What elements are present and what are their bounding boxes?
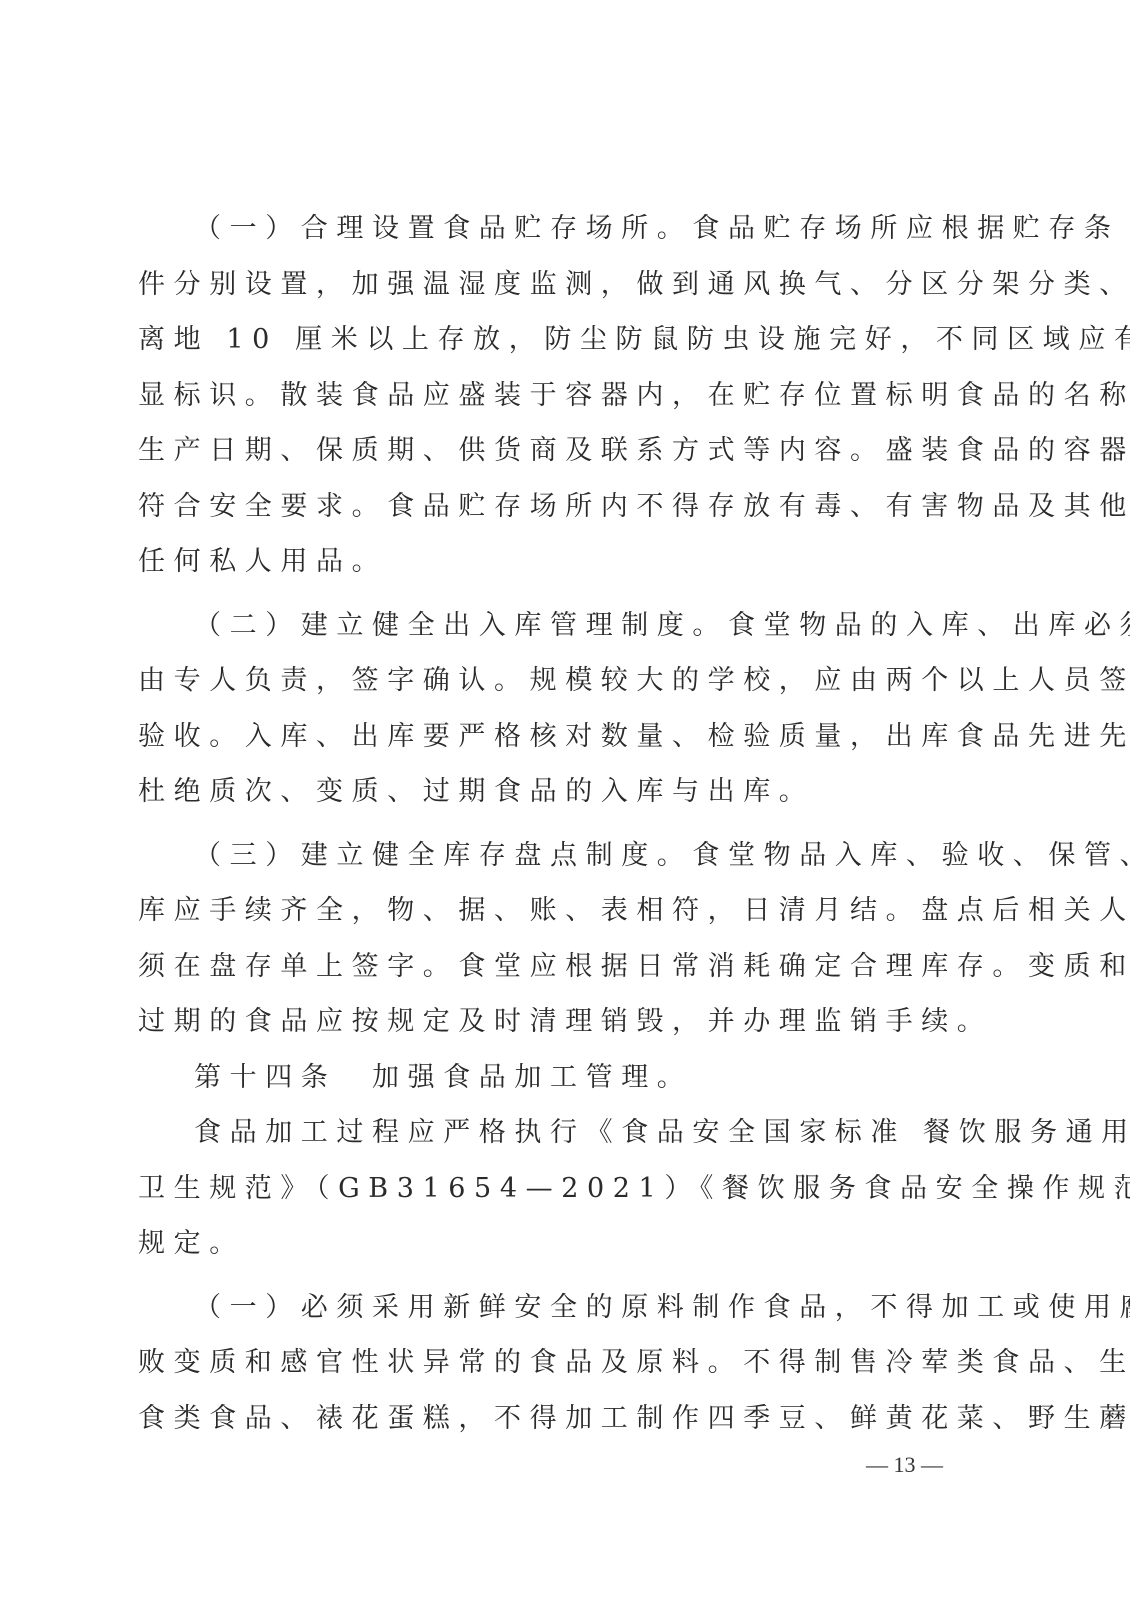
document-page: （一）合理设置食品贮存场所。食品贮存场所应根据贮存条 件分别设置，加强温湿度监测… [138, 201, 974, 1446]
paragraph-fresh-ingredients: （一）必须采用新鲜安全的原料制作食品，不得加工或使用腐 败变质和感官性状异常的食… [138, 1280, 974, 1447]
text-line: 规定。 [138, 1216, 974, 1272]
article-title: 第十四条 加强食品加工管理。 [138, 1050, 974, 1106]
text-line: 符合安全要求。食品贮存场所内不得存放有毒、有害物品及其他 [138, 479, 974, 535]
text-line: 杜绝质次、变质、过期食品的入库与出库。 [138, 764, 974, 820]
paragraph-processing-standards: 食品加工过程应严格执行《食品安全国家标准 餐饮服务通用 卫生规范》（GB3165… [138, 1105, 974, 1272]
text-line: 食类食品、裱花蛋糕，不得加工制作四季豆、鲜黄花菜、野生蘑菇、 [138, 1391, 974, 1447]
text-line: 由专人负责，签字确认。规模较大的学校，应由两个以上人员签字 [138, 653, 974, 709]
text-line: 验收。入库、出库要严格核对数量、检验质量，出库食品先进先出， [138, 709, 974, 765]
page-number: — 13 — [866, 1452, 943, 1478]
text-line: 任何私人用品。 [138, 534, 974, 590]
text-line: （三）建立健全库存盘点制度。食堂物品入库、验收、保管、出 [138, 828, 974, 884]
article-14-heading: 第十四条 加强食品加工管理。 [138, 1050, 974, 1106]
paragraph-inventory-check: （三）建立健全库存盘点制度。食堂物品入库、验收、保管、出 库应手续齐全，物、据、… [138, 828, 974, 1050]
text-line: 食品加工过程应严格执行《食品安全国家标准 餐饮服务通用 [138, 1105, 974, 1161]
text-line: 离地 10 厘米以上存放，防尘防鼠防虫设施完好，不同区域应有明 [138, 312, 974, 368]
text-line: 显标识。散装食品应盛装于容器内，在贮存位置标明食品的名称、 [138, 368, 974, 424]
text-line: 卫生规范》（GB31654—2021）《餐饮服务食品安全操作规范》等 [138, 1161, 974, 1217]
paragraph-inbound-outbound: （二）建立健全出入库管理制度。食堂物品的入库、出库必须 由专人负责，签字确认。规… [138, 598, 974, 820]
text-line: 过期的食品应按规定及时清理销毁，并办理监销手续。 [138, 994, 974, 1050]
text-line: 件分别设置，加强温湿度监测，做到通风换气、分区分架分类、离墙 [138, 257, 974, 313]
text-line: （二）建立健全出入库管理制度。食堂物品的入库、出库必须 [138, 598, 974, 654]
text-line: （一）必须采用新鲜安全的原料制作食品，不得加工或使用腐 [138, 1280, 974, 1336]
text-line: 生产日期、保质期、供货商及联系方式等内容。盛装食品的容器应 [138, 423, 974, 479]
paragraph-storage-site: （一）合理设置食品贮存场所。食品贮存场所应根据贮存条 件分别设置，加强温湿度监测… [138, 201, 974, 590]
text-line: 须在盘存单上签字。食堂应根据日常消耗确定合理库存。变质和 [138, 939, 974, 995]
text-line: （一）合理设置食品贮存场所。食品贮存场所应根据贮存条 [138, 201, 974, 257]
text-line: 败变质和感官性状异常的食品及原料。不得制售冷荤类食品、生 [138, 1335, 974, 1391]
text-line: 库应手续齐全，物、据、账、表相符，日清月结。盘点后相关人员均 [138, 883, 974, 939]
